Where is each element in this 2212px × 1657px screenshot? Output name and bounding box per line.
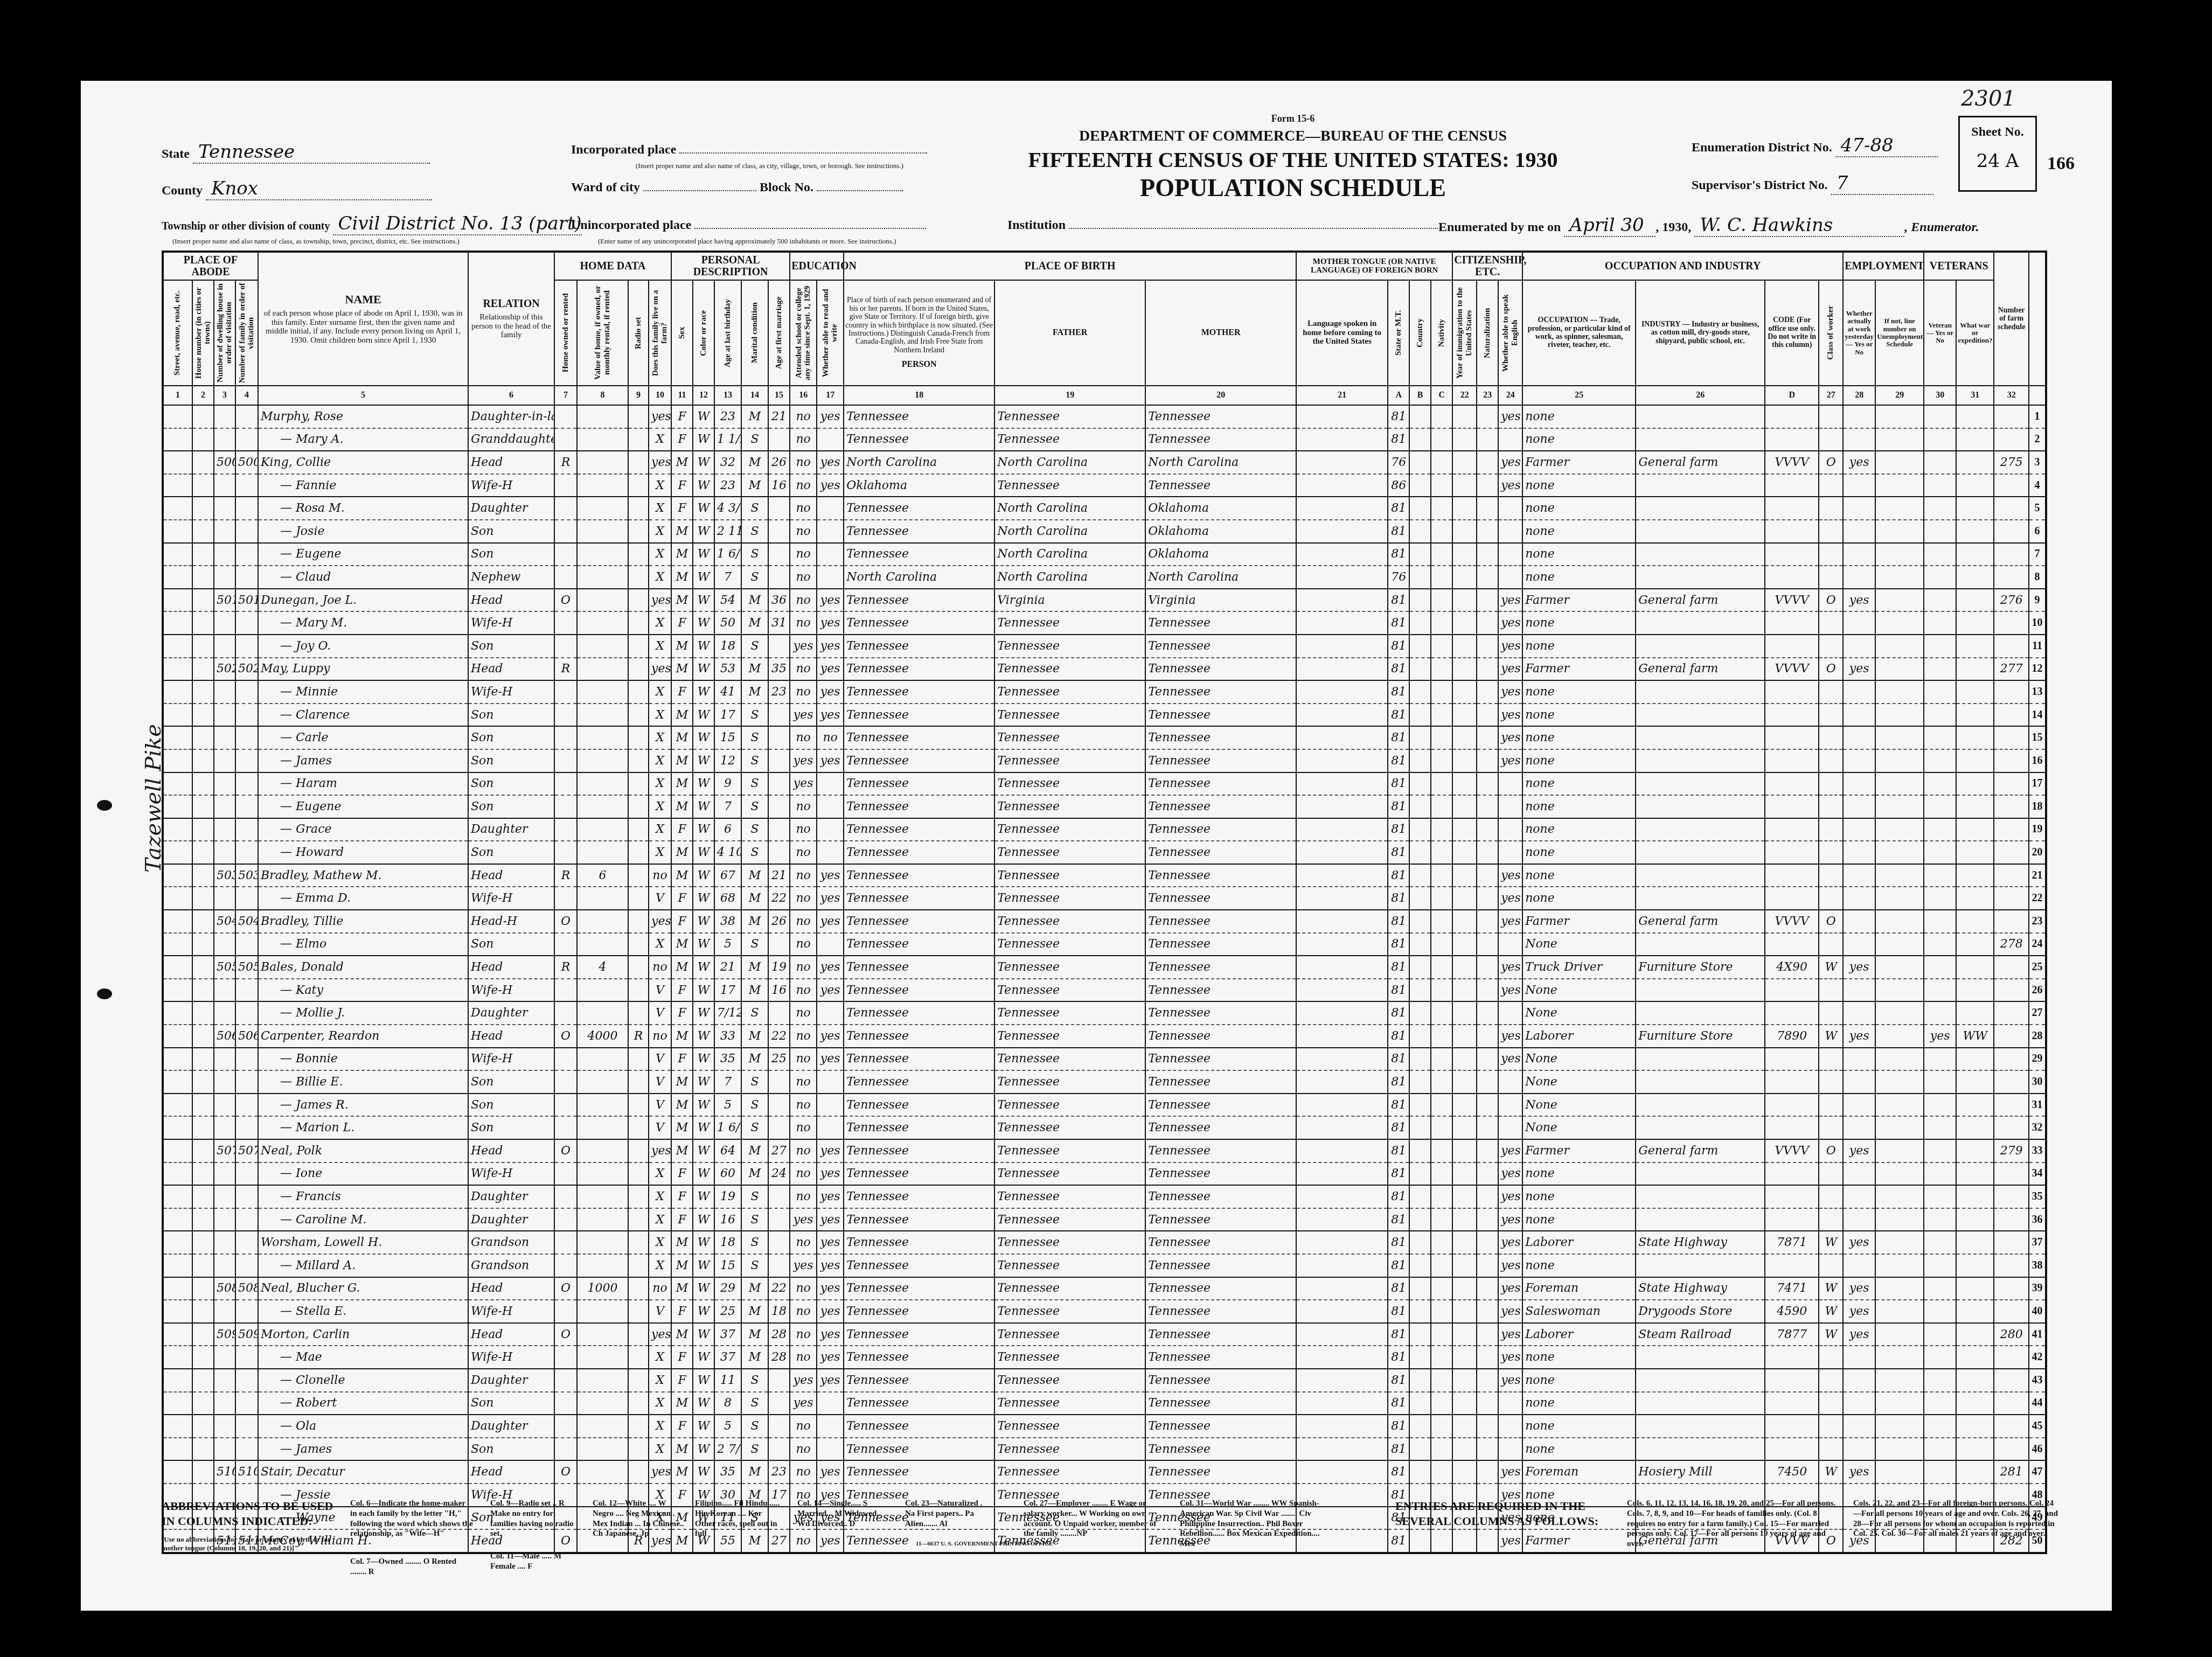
- cell-race: W: [693, 1300, 714, 1323]
- cell-imm: [1452, 818, 1477, 841]
- cell-race: W: [693, 1231, 714, 1254]
- cell-codeA: 81: [1388, 887, 1409, 910]
- line-number: 33: [2029, 1139, 2046, 1162]
- incorporated-value: [679, 152, 927, 154]
- cell-codeB: [1409, 1116, 1431, 1139]
- cell-unemp: [1875, 658, 1924, 681]
- cell-own: [554, 795, 577, 818]
- cell-ind: State Highway: [1636, 1231, 1765, 1254]
- cell-occ: Truck Driver: [1522, 956, 1636, 979]
- cell-fam: [235, 726, 258, 749]
- table-row: 500500King, CollieHeadRyesMW32M26noyesNo…: [163, 451, 2046, 474]
- cell-sch: no: [790, 1231, 817, 1254]
- cell-afm: [768, 1254, 790, 1277]
- header-birth-father: FATHER: [994, 280, 1145, 386]
- cell-bpf: Tennessee: [994, 635, 1145, 658]
- cell-age: 7: [714, 1070, 741, 1094]
- cell-val: [577, 772, 628, 796]
- cell-vet: [1924, 1231, 1956, 1254]
- cell-ind: Drygoods Store: [1636, 1300, 1765, 1323]
- cell-fam: [235, 1346, 258, 1369]
- header-home-value: Value of home, if owned, or monthly rent…: [577, 280, 628, 386]
- line-number: 25: [2029, 956, 2046, 979]
- cell-race: W: [693, 1208, 714, 1231]
- cell-codeB: [1409, 1048, 1431, 1071]
- cell-codeC: [1431, 520, 1452, 543]
- cell-radio: [628, 1001, 649, 1025]
- table-row: — Marion L.SonVMW1 6/12SnoTennesseeTenne…: [163, 1116, 2046, 1139]
- cell-nat: [1477, 1300, 1498, 1323]
- cell-war: [1956, 1094, 1994, 1117]
- table-row: — Mary A.GranddaughterXFW1 1/2SnoTenness…: [163, 428, 2046, 451]
- column-number: 18: [844, 386, 994, 405]
- line-number: 42: [2029, 1346, 2046, 1369]
- cell-own: [554, 1070, 577, 1094]
- cell-eng: yes: [1498, 1277, 1522, 1300]
- cell-unemp: [1875, 1025, 1924, 1048]
- incorporated-label: Incorporated place: [571, 143, 676, 157]
- cell-sex: F: [671, 1048, 693, 1071]
- cell-bp: Tennessee: [844, 1231, 994, 1254]
- cell-farmno: [1994, 1231, 2029, 1254]
- cell-street: [163, 1001, 192, 1025]
- cell-war: [1956, 1070, 1994, 1094]
- cell-codeB: [1409, 910, 1431, 933]
- cell-war: [1956, 658, 1994, 681]
- cell-sch: no: [790, 658, 817, 681]
- group-mother-tongue: MOTHER TONGUE (OR NATIVE LANGUAGE) OF FO…: [1296, 252, 1452, 280]
- cell-age: 41: [714, 680, 741, 704]
- cell-fam: [235, 979, 258, 1002]
- cell-occ: none: [1522, 864, 1636, 887]
- cell-afm: 16: [768, 474, 790, 497]
- cell-sex: F: [671, 979, 693, 1002]
- cell-rel: Head: [468, 589, 554, 612]
- supervisor-district-field: Supervisor's District No. 7: [1692, 172, 1933, 195]
- cell-occ: none: [1522, 566, 1636, 589]
- cell-nat: [1477, 611, 1498, 635]
- cell-farm: V: [649, 887, 671, 910]
- cell-occ: none: [1522, 749, 1636, 772]
- table-row: — FrancisDaughterXFW19SnoyesTennesseeTen…: [163, 1185, 2046, 1208]
- cell-radio: [628, 405, 649, 428]
- cell-codeD: [1765, 704, 1819, 727]
- cell-fam: [235, 795, 258, 818]
- cell-house: [192, 1048, 214, 1071]
- cell-farm: X: [649, 680, 671, 704]
- cell-occ: Laborer: [1522, 1025, 1636, 1048]
- cell-codeD: [1765, 543, 1819, 566]
- cell-war: [1956, 611, 1994, 635]
- cell-lang: [1296, 428, 1388, 451]
- column-number: 30: [1924, 386, 1956, 405]
- cell-sex: M: [671, 635, 693, 658]
- cell-own: [554, 566, 577, 589]
- cell-ind: State Highway: [1636, 1277, 1765, 1300]
- cell-name: — Clarence: [258, 704, 468, 727]
- cell-radio: [628, 1392, 649, 1415]
- cell-lang: [1296, 704, 1388, 727]
- cell-house: [192, 1070, 214, 1094]
- cell-val: [577, 451, 628, 474]
- cell-mar: S: [741, 428, 768, 451]
- cell-radio: [628, 1323, 649, 1346]
- cell-codeB: [1409, 1094, 1431, 1117]
- cell-radio: [628, 1116, 649, 1139]
- cell-codeD: VVVV: [1765, 1139, 1819, 1162]
- cell-codeD: [1765, 795, 1819, 818]
- cell-lang: [1296, 1139, 1388, 1162]
- cell-lang: [1296, 910, 1388, 933]
- cell-afm: [768, 1001, 790, 1025]
- cell-vet: [1924, 1001, 1956, 1025]
- cell-eng: yes: [1498, 1185, 1522, 1208]
- cell-unemp: [1875, 1185, 1924, 1208]
- cell-lang: [1296, 543, 1388, 566]
- birth-person-label: PERSON: [845, 360, 993, 370]
- cell-race: W: [693, 1094, 714, 1117]
- cell-codeC: [1431, 1025, 1452, 1048]
- cell-bpf: Tennessee: [994, 1231, 1145, 1254]
- cell-work: [1843, 1070, 1875, 1094]
- cell-bp: Tennessee: [844, 956, 994, 979]
- cell-codeC: [1431, 1529, 1452, 1553]
- table-row: — MaeWife-HXFW37M28noyesTennesseeTenness…: [163, 1346, 2046, 1369]
- cell-fam: [235, 749, 258, 772]
- cell-house: [192, 680, 214, 704]
- cell-ind: General farm: [1636, 451, 1765, 474]
- cell-work: yes: [1843, 451, 1875, 474]
- enumerator-label: , Enumerator.: [1904, 220, 1979, 234]
- cell-bpm: Tennessee: [1145, 1025, 1296, 1048]
- cell-farm: X: [649, 1392, 671, 1415]
- cell-occ: none: [1522, 611, 1636, 635]
- cell-sex: F: [671, 497, 693, 520]
- cell-farmno: 276: [1994, 589, 2029, 612]
- cell-eng: yes: [1498, 1162, 1522, 1186]
- cell-work: yes: [1843, 658, 1875, 681]
- cell-dw: [214, 1415, 235, 1438]
- cell-ind: [1636, 611, 1765, 635]
- cell-farmno: 278: [1994, 933, 2029, 956]
- cell-unemp: [1875, 1208, 1924, 1231]
- cell-read: yes: [817, 979, 844, 1002]
- cell-dw: [214, 887, 235, 910]
- cell-work: [1843, 1346, 1875, 1369]
- cell-cls: O: [1819, 658, 1843, 681]
- table-row: — MinnieWife-HXFW41M23noyesTennesseeTenn…: [163, 680, 2046, 704]
- cell-dw: [214, 749, 235, 772]
- cell-codeC: [1431, 1070, 1452, 1094]
- cell-unemp: [1875, 818, 1924, 841]
- cell-val: [577, 818, 628, 841]
- cell-radio: R: [628, 1025, 649, 1048]
- cell-farmno: [1994, 1070, 2029, 1094]
- cell-farm: X: [649, 1208, 671, 1231]
- column-number: 20: [1145, 386, 1296, 405]
- cell-mar: S: [741, 1254, 768, 1277]
- column-number: 31: [1956, 386, 1994, 405]
- cell-name: — Ione: [258, 1162, 468, 1186]
- cell-war: [1956, 1208, 1994, 1231]
- cell-codeB: [1409, 1392, 1431, 1415]
- cell-ind: [1636, 1001, 1765, 1025]
- cell-war: [1956, 1346, 1994, 1369]
- cell-occ: none: [1522, 887, 1636, 910]
- cell-bpf: Tennessee: [994, 956, 1145, 979]
- cell-name: — Robert: [258, 1392, 468, 1415]
- cell-codeC: [1431, 841, 1452, 864]
- cell-nat: [1477, 1460, 1498, 1484]
- cell-house: [192, 611, 214, 635]
- cell-lang: [1296, 749, 1388, 772]
- cell-dw: [214, 635, 235, 658]
- cell-bpf: Tennessee: [994, 474, 1145, 497]
- cell-unemp: [1875, 704, 1924, 727]
- cell-bpm: Tennessee: [1145, 1139, 1296, 1162]
- cell-codeB: [1409, 726, 1431, 749]
- cell-codeD: [1765, 405, 1819, 428]
- cell-name: — Fannie: [258, 474, 468, 497]
- enumerated-year: , 1930,: [1655, 220, 1691, 234]
- cell-war: [1956, 1438, 1994, 1461]
- cell-bpf: Tennessee: [994, 1208, 1145, 1231]
- cell-own: [554, 1094, 577, 1117]
- line-number: 41: [2029, 1323, 2046, 1346]
- cell-nat: [1477, 1048, 1498, 1071]
- cell-imm: [1452, 1392, 1477, 1415]
- census-title: FIFTEENTH CENSUS OF THE UNITED STATES: 1…: [943, 147, 1643, 172]
- cell-sch: yes: [790, 635, 817, 658]
- cell-bpf: North Carolina: [994, 543, 1145, 566]
- cell-ind: General farm: [1636, 589, 1765, 612]
- cell-sch: no: [790, 1460, 817, 1484]
- cell-radio: [628, 635, 649, 658]
- cell-codeA: 81: [1388, 1323, 1409, 1346]
- cell-farmno: [1994, 428, 2029, 451]
- header-school: Attended school or college any time sinc…: [790, 280, 817, 386]
- cell-bp: Tennessee: [844, 795, 994, 818]
- cell-afm: [768, 726, 790, 749]
- cell-radio: [628, 497, 649, 520]
- line-number: 21: [2029, 864, 2046, 887]
- cell-val: [577, 428, 628, 451]
- cell-bp: Tennessee: [844, 841, 994, 864]
- table-row: 508508Neal, Blucher G.HeadO1000noMW29M22…: [163, 1277, 2046, 1300]
- cell-codeC: [1431, 1392, 1452, 1415]
- cell-street: [163, 1116, 192, 1139]
- cell-sex: F: [671, 1185, 693, 1208]
- cell-farmno: [1994, 1369, 2029, 1392]
- cell-rel: Head: [468, 956, 554, 979]
- cell-bpm: Tennessee: [1145, 1094, 1296, 1117]
- cell-work: [1843, 611, 1875, 635]
- cell-lang: [1296, 933, 1388, 956]
- cell-nat: [1477, 1392, 1498, 1415]
- cell-val: [577, 1139, 628, 1162]
- cell-bpm: Tennessee: [1145, 658, 1296, 681]
- cell-farm: V: [649, 1070, 671, 1094]
- cell-afm: [768, 1369, 790, 1392]
- cell-occ: none: [1522, 680, 1636, 704]
- cell-sex: M: [671, 520, 693, 543]
- cell-name: Carpenter, Reardon: [258, 1025, 468, 1048]
- cell-lang: [1296, 979, 1388, 1002]
- cell-eng: yes: [1498, 589, 1522, 612]
- cell-ind: General farm: [1636, 1139, 1765, 1162]
- cell-eng: [1498, 841, 1522, 864]
- cell-eng: yes: [1498, 451, 1522, 474]
- cell-afm: 36: [768, 589, 790, 612]
- cell-sex: M: [671, 589, 693, 612]
- cell-ind: [1636, 979, 1765, 1002]
- cell-work: [1843, 841, 1875, 864]
- cell-war: [1956, 956, 1994, 979]
- cell-fam: [235, 520, 258, 543]
- cell-age: 4 3/12: [714, 497, 741, 520]
- cell-read: yes: [817, 1048, 844, 1071]
- header-relation: RELATIONRelationship of this person to t…: [468, 252, 554, 386]
- column-number: A: [1388, 386, 1409, 405]
- column-number: 16: [790, 386, 817, 405]
- cell-cls: [1819, 1254, 1843, 1277]
- cell-rel: Son: [468, 1116, 554, 1139]
- cell-farm: V: [649, 1094, 671, 1117]
- line-number: 9: [2029, 589, 2046, 612]
- cell-imm: [1452, 1025, 1477, 1048]
- table-row: 504504Bradley, TillieHead-HOyesFW38M26no…: [163, 910, 2046, 933]
- cell-nat: [1477, 1001, 1498, 1025]
- cell-bp: Tennessee: [844, 1139, 994, 1162]
- cell-bpf: Tennessee: [994, 1438, 1145, 1461]
- cell-cls: [1819, 1369, 1843, 1392]
- cell-race: W: [693, 864, 714, 887]
- cell-house: [192, 1231, 214, 1254]
- cell-house: [192, 704, 214, 727]
- cell-nat: [1477, 428, 1498, 451]
- cell-work: [1843, 1094, 1875, 1117]
- cell-read: [817, 520, 844, 543]
- cell-radio: [628, 589, 649, 612]
- cell-name: Worsham, Lowell H.: [258, 1231, 468, 1254]
- cell-bpf: Tennessee: [994, 658, 1145, 681]
- cell-eng: yes: [1498, 726, 1522, 749]
- cell-bpm: Oklahoma: [1145, 543, 1296, 566]
- cell-ind: [1636, 933, 1765, 956]
- cell-codeD: [1765, 749, 1819, 772]
- cell-mar: S: [741, 543, 768, 566]
- cell-race: W: [693, 1001, 714, 1025]
- cell-bpf: Tennessee: [994, 1116, 1145, 1139]
- cell-fam: [235, 772, 258, 796]
- cell-codeA: 81: [1388, 910, 1409, 933]
- cell-own: [554, 428, 577, 451]
- cell-mar: S: [741, 1116, 768, 1139]
- cell-farm: V: [649, 1300, 671, 1323]
- cell-dw: [214, 818, 235, 841]
- cell-bpf: Tennessee: [994, 1300, 1145, 1323]
- column-number: 17: [817, 386, 844, 405]
- cell-cls: [1819, 428, 1843, 451]
- cell-age: 23: [714, 474, 741, 497]
- line-number: 46: [2029, 1438, 2046, 1461]
- cell-val: [577, 611, 628, 635]
- cell-imm: [1452, 474, 1477, 497]
- cell-own: [554, 933, 577, 956]
- cell-val: [577, 1460, 628, 1484]
- cell-rel: Son: [468, 635, 554, 658]
- line-number: 23: [2029, 910, 2046, 933]
- cell-house: [192, 1415, 214, 1438]
- cell-fam: [235, 1208, 258, 1231]
- cell-farmno: 279: [1994, 1139, 2029, 1162]
- cell-vet: [1924, 543, 1956, 566]
- cell-house: [192, 1277, 214, 1300]
- table-row: — Joy O.SonXMW18SyesyesTennesseeTennesse…: [163, 635, 2046, 658]
- cell-unemp: [1875, 1369, 1924, 1392]
- table-row: Murphy, RoseDaughter-in-lawyesFW23M21noy…: [163, 405, 2046, 428]
- cell-bp: Tennessee: [844, 1392, 994, 1415]
- cell-unemp: [1875, 1300, 1924, 1323]
- cell-age: 37: [714, 1323, 741, 1346]
- cell-afm: [768, 543, 790, 566]
- cell-house: [192, 979, 214, 1002]
- cell-eng: [1498, 772, 1522, 796]
- cell-eng: [1498, 795, 1522, 818]
- cell-bpm: Tennessee: [1145, 611, 1296, 635]
- cell-farmno: [1994, 566, 2029, 589]
- cell-codeC: [1431, 474, 1452, 497]
- cell-unemp: [1875, 1070, 1924, 1094]
- column-number: 29: [1875, 386, 1924, 405]
- column-number: 2: [192, 386, 214, 405]
- cell-codeC: [1431, 680, 1452, 704]
- line-number: 37: [2029, 1231, 2046, 1254]
- cell-farm: yes: [649, 1323, 671, 1346]
- cell-house: [192, 428, 214, 451]
- cell-house: [192, 1438, 214, 1461]
- cell-occ: none: [1522, 1346, 1636, 1369]
- cell-nat: [1477, 680, 1498, 704]
- cell-val: [577, 726, 628, 749]
- cell-work: [1843, 1208, 1875, 1231]
- cell-lang: [1296, 589, 1388, 612]
- cell-sex: M: [671, 1025, 693, 1048]
- cell-fam: 500: [235, 451, 258, 474]
- cell-bpf: North Carolina: [994, 566, 1145, 589]
- cell-occ: none: [1522, 704, 1636, 727]
- cell-val: [577, 589, 628, 612]
- cell-fam: [235, 887, 258, 910]
- cell-race: W: [693, 543, 714, 566]
- cell-farmno: [1994, 795, 2029, 818]
- cell-unemp: [1875, 1438, 1924, 1461]
- cell-codeC: [1431, 1438, 1452, 1461]
- cell-ind: [1636, 1254, 1765, 1277]
- cell-work: [1843, 1369, 1875, 1392]
- cell-fam: 506: [235, 1025, 258, 1048]
- cell-codeB: [1409, 405, 1431, 428]
- cell-codeA: 86: [1388, 474, 1409, 497]
- cell-codeD: 7871: [1765, 1231, 1819, 1254]
- cell-eng: yes: [1498, 1254, 1522, 1277]
- cell-imm: [1452, 1346, 1477, 1369]
- cell-name: — Emma D.: [258, 887, 468, 910]
- line-number: 28: [2029, 1025, 2046, 1048]
- cell-work: [1843, 497, 1875, 520]
- cell-mar: S: [741, 497, 768, 520]
- table-row: — ElmoSonXMW5SnoTennesseeTennesseeTennes…: [163, 933, 2046, 956]
